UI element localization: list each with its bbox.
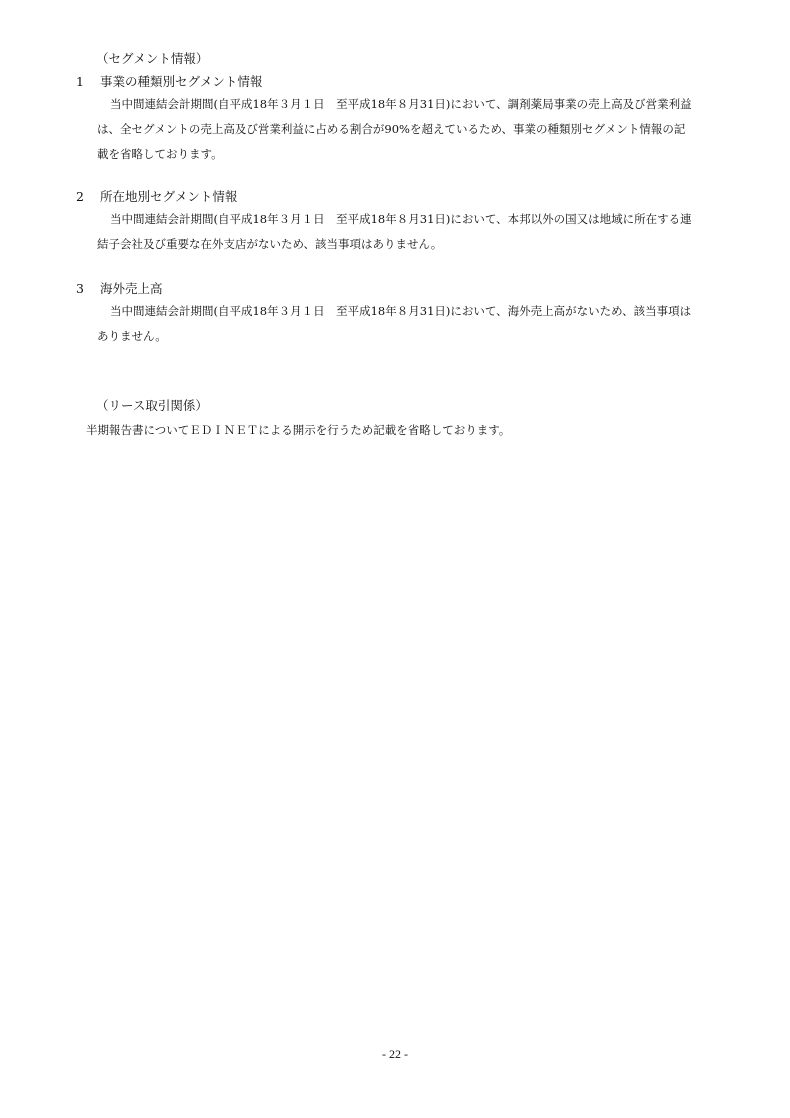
segment-item-3-title: 海外売上高 — [100, 281, 163, 296]
page-number: - 22 - — [0, 1047, 790, 1062]
segment-item-3-number: 3 — [76, 281, 100, 297]
segment-item-1-heading: 1事業の種類別セグメント情報 — [76, 74, 262, 90]
document-page: （セグメント情報） 1事業の種類別セグメント情報 当中間連結会計期間(自平成18… — [0, 0, 790, 1118]
segment-item-1-line-3: 載を省略しております。 — [97, 146, 223, 162]
segment-item-1-line-2: は、全セグメントの売上高及び営業利益に占める割合が90%を超えているため、事業の… — [97, 121, 685, 137]
segment-item-2-line-2: 結子会社及び重要な在外支店がないため、該当事項はありません。 — [97, 236, 442, 252]
segment-item-2-title: 所在地別セグメント情報 — [100, 189, 237, 204]
segment-item-2-number: 2 — [76, 189, 100, 205]
lease-section-title: （リース取引関係） — [96, 398, 208, 414]
segment-item-3-heading: 3海外売上高 — [76, 281, 163, 297]
segment-item-3-line-2: ありません。 — [97, 328, 167, 344]
segment-section-title: （セグメント情報） — [96, 51, 208, 67]
segment-item-3-line-1: 当中間連結会計期間(自平成18年３月１日 至平成18年８月31日)において、海外… — [110, 303, 691, 319]
segment-item-1-title: 事業の種類別セグメント情報 — [100, 74, 262, 89]
segment-item-1-number: 1 — [76, 74, 100, 90]
lease-section-body: 半期報告書についてＥＤＩＮＥＴによる開示を行うため記載を省略しております。 — [86, 422, 510, 438]
segment-item-1-line-1: 当中間連結会計期間(自平成18年３月１日 至平成18年８月31日)において、調剤… — [110, 96, 692, 112]
segment-item-2-line-1: 当中間連結会計期間(自平成18年３月１日 至平成18年８月31日)において、本邦… — [110, 211, 692, 227]
segment-item-2-heading: 2所在地別セグメント情報 — [76, 189, 237, 205]
